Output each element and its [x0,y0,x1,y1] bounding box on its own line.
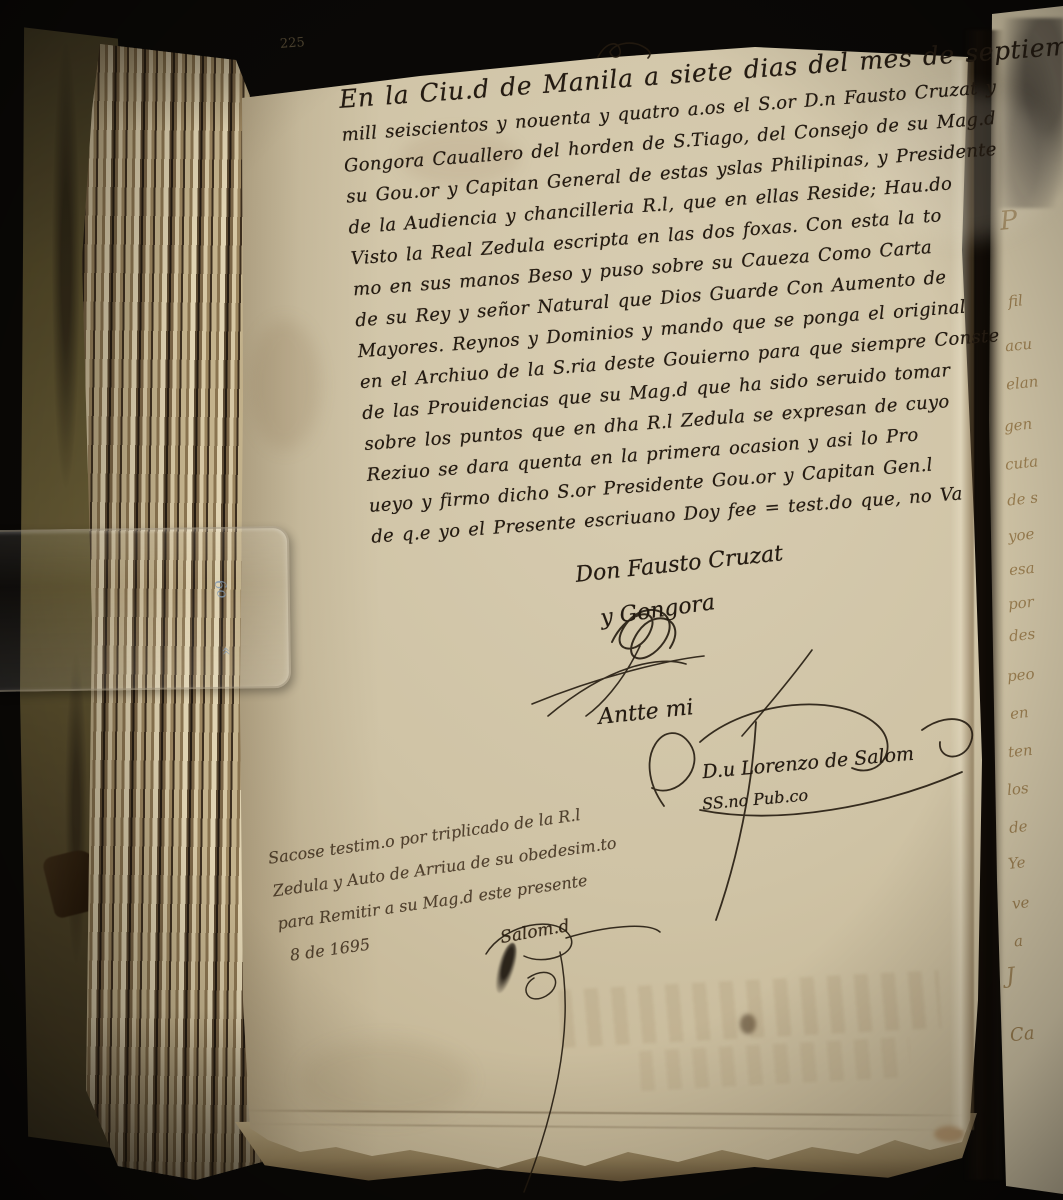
adjacent-page-text-fragment: acu [1004,335,1033,356]
adjacent-page-text-fragment: ten [1007,741,1033,761]
folio-pencil-number: 225 [280,35,306,52]
adjacent-page-text-fragment: esa [1008,559,1035,580]
manuscript-body-text: En la Ciu.d de Manila a siete dias del m… [338,37,1019,553]
adjacent-page-text-fragment: Ye [1007,853,1026,873]
adjacent-page-text-fragment: peo [1006,665,1035,686]
adjacent-page-text-fragment: ve [1011,893,1030,913]
plastic-page-holder-strip [0,526,291,692]
adjacent-page-text-fragment: Ca [1009,1023,1036,1046]
adjacent-page-text-fragment: a [1013,932,1024,951]
adjacent-page-text-fragment: des [1008,625,1036,646]
adjacent-page-text-fragment: de [1008,817,1028,837]
adjacent-page-text-fragment: yoe [1007,525,1035,546]
adjacent-page-text-fragment: fil [1007,291,1024,310]
adjacent-page-text-fragment: en [1009,703,1029,723]
adjacent-page-text-fragment: los [1006,779,1029,799]
photograph-of-bound-manuscript: { "photo": { "description": "Photograph … [0,0,1063,1200]
adjacent-page-text-fragment: por [1007,593,1035,614]
